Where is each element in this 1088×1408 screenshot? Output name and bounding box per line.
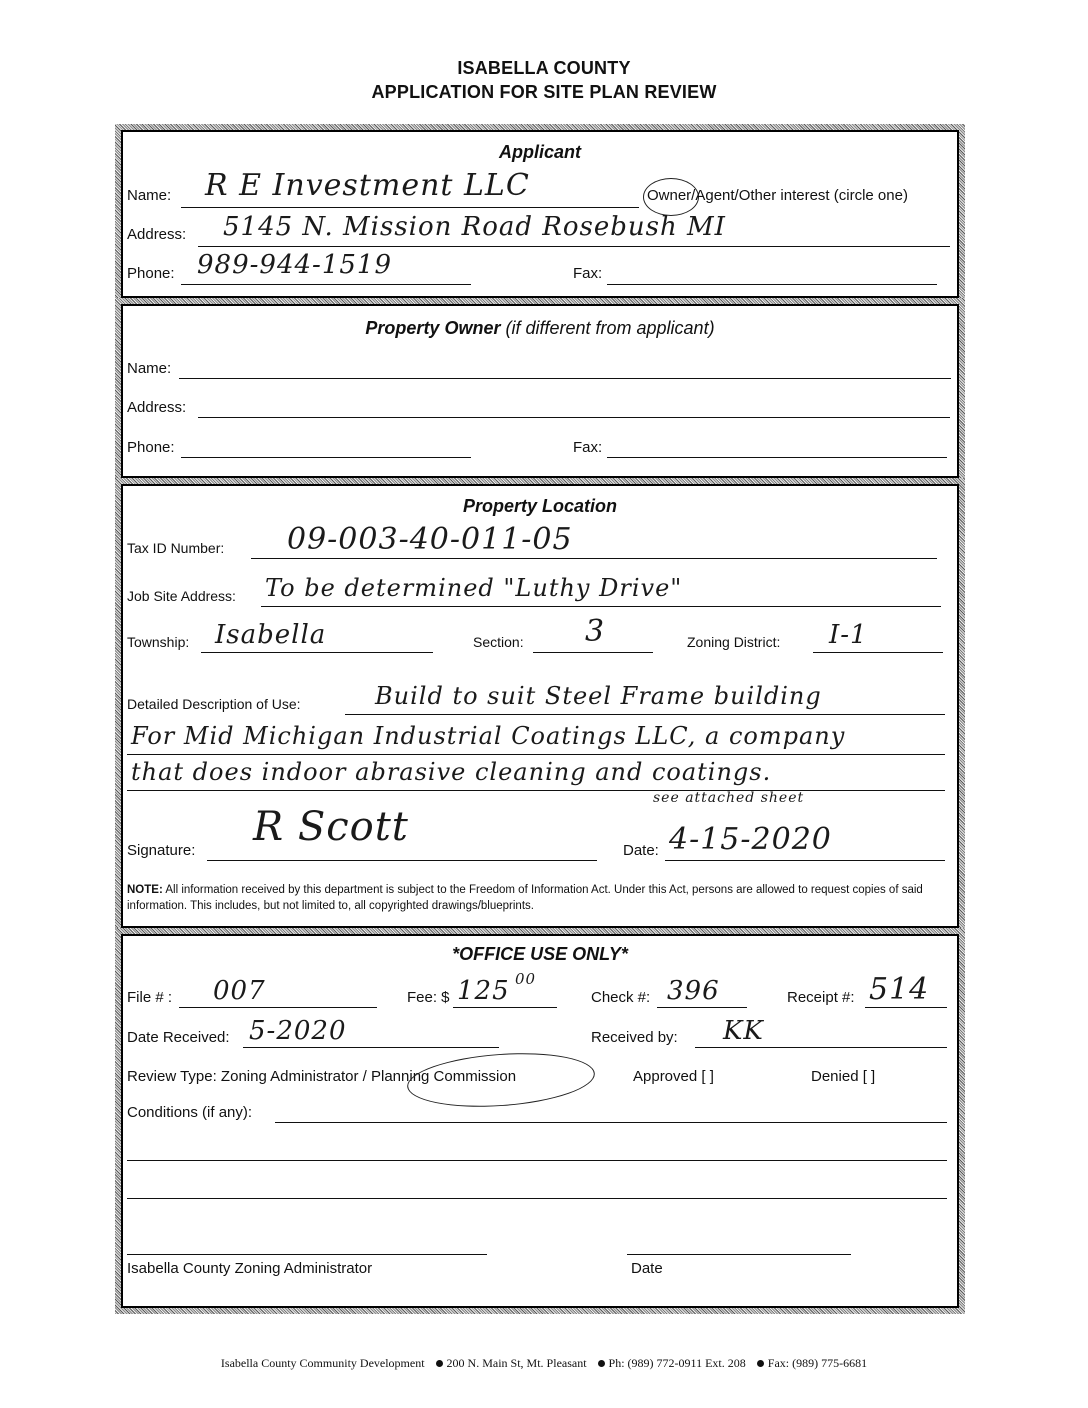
section-field[interactable]: 3 xyxy=(585,614,605,649)
footer-org: Isabella County Community Development xyxy=(221,1356,425,1370)
date-received-field[interactable]: 5-2020 xyxy=(249,1016,347,1046)
file-number-field[interactable]: 007 xyxy=(213,976,266,1006)
applicant-interest-options[interactable]: Owner/Agent/Other interest (circle one) xyxy=(647,187,908,204)
fee-field[interactable]: 125 xyxy=(457,976,510,1006)
township-line xyxy=(201,652,433,653)
admin-date-label: Date xyxy=(631,1260,663,1277)
receipt-number-field[interactable]: 514 xyxy=(869,972,929,1007)
fee-label: Fee: $ xyxy=(407,989,450,1006)
conditions-field-line-2[interactable] xyxy=(127,1160,947,1161)
job-site-label: Job Site Address: xyxy=(127,588,236,604)
date-received-label: Date Received: xyxy=(127,1029,230,1046)
section-line xyxy=(533,652,653,653)
admin-signature-line[interactable] xyxy=(127,1254,487,1255)
check-number-line xyxy=(657,1007,747,1008)
owner-fax-label: Fax: xyxy=(573,439,602,456)
date-label: Date: xyxy=(623,842,659,859)
owner-name-label: Name: xyxy=(127,360,171,377)
planning-commission-circle-mark xyxy=(405,1048,596,1113)
footer-phone: Ph: (989) 772-0911 Ext. 208 xyxy=(609,1356,746,1370)
description-line-1 xyxy=(345,714,945,715)
tax-id-label: Tax ID Number: xyxy=(127,540,224,556)
conditions-label: Conditions (if any): xyxy=(127,1104,252,1121)
job-site-field[interactable]: To be determined "Luthy Drive" xyxy=(265,574,682,602)
applicant-name-line xyxy=(181,207,639,208)
fee-line xyxy=(453,1007,557,1008)
page-footer: Isabella County Community Development 20… xyxy=(0,1356,1088,1371)
footer-address: 200 N. Main St, Mt. Pleasant xyxy=(447,1356,587,1370)
property-owner-heading-sub: (if different from applicant) xyxy=(505,318,714,338)
applicant-phone-field[interactable]: 989-944-1519 xyxy=(197,250,392,280)
signature-label: Signature: xyxy=(127,842,195,859)
date-received-line xyxy=(243,1047,499,1048)
conditions-field-line-1[interactable] xyxy=(275,1122,947,1123)
receipt-number-line xyxy=(865,1007,947,1008)
form-county-title: ISABELLA COUNTY xyxy=(0,58,1088,79)
note-text: All information received by this departm… xyxy=(127,884,923,912)
property-owner-heading-text: Property Owner xyxy=(365,318,500,338)
property-location-section: Property Location Tax ID Number: 09-003-… xyxy=(115,478,965,934)
received-by-field[interactable]: KK xyxy=(723,1016,764,1046)
form-title: APPLICATION FOR SITE PLAN REVIEW xyxy=(0,82,1088,103)
file-number-line xyxy=(179,1007,377,1008)
property-owner-section: Property Owner (if different from applic… xyxy=(115,298,965,484)
admin-signature-label: Isabella County Zoning Administrator xyxy=(127,1260,372,1277)
admin-date-line[interactable] xyxy=(627,1254,851,1255)
description-field-line-3[interactable]: that does indoor abrasive cleaning and c… xyxy=(131,758,771,786)
owner-fax-field[interactable] xyxy=(607,457,947,458)
fee-cents: 00 xyxy=(515,970,536,988)
bullet-icon xyxy=(757,1360,764,1367)
note-bold-label: NOTE: xyxy=(127,884,163,896)
footer-fax: Fax: (989) 775-6681 xyxy=(768,1356,867,1370)
description-field-line-1[interactable]: Build to suit Steel Frame building xyxy=(375,682,822,710)
bullet-icon xyxy=(436,1360,443,1367)
applicant-name-label: Name: xyxy=(127,187,171,204)
property-location-heading: Property Location xyxy=(123,496,957,517)
file-number-label: File # : xyxy=(127,989,172,1006)
conditions-field-line-3[interactable] xyxy=(127,1198,947,1199)
check-number-field[interactable]: 396 xyxy=(667,976,720,1006)
signature-line xyxy=(207,860,597,861)
applicant-heading: Applicant xyxy=(123,142,957,163)
applicant-address-field[interactable]: 5145 N. Mission Road Rosebush MI xyxy=(223,212,726,242)
check-number-label: Check #: xyxy=(591,989,650,1006)
owner-phone-field[interactable] xyxy=(181,457,471,458)
owner-address-field[interactable] xyxy=(198,417,950,418)
date-field[interactable]: 4-15-2020 xyxy=(669,822,832,857)
applicant-fax-field[interactable] xyxy=(607,284,937,285)
applicant-phone-line xyxy=(181,284,471,285)
tax-id-line xyxy=(251,558,937,559)
applicant-fax-label: Fax: xyxy=(573,265,602,282)
tax-id-field[interactable]: 09-003-40-011-05 xyxy=(287,522,573,557)
township-label: Township: xyxy=(127,634,189,650)
township-field[interactable]: Isabella xyxy=(215,620,326,650)
property-owner-heading: Property Owner (if different from applic… xyxy=(123,318,957,339)
description-note: see attached sheet xyxy=(653,790,804,806)
denied-checkbox[interactable]: Denied [ ] xyxy=(811,1068,875,1085)
description-label: Detailed Description of Use: xyxy=(127,696,301,712)
job-site-line xyxy=(261,606,941,607)
office-use-section: *OFFICE USE ONLY* File # : 007 Fee: $ 12… xyxy=(115,928,965,1314)
owner-address-label: Address: xyxy=(127,399,186,416)
zoning-district-label: Zoning District: xyxy=(687,634,780,650)
owner-name-field[interactable] xyxy=(179,378,951,379)
applicant-address-label: Address: xyxy=(127,226,186,243)
office-use-heading: *OFFICE USE ONLY* xyxy=(123,944,957,965)
applicant-section: Applicant Name: R E Investment LLC Owner… xyxy=(115,124,965,304)
zoning-district-line xyxy=(813,652,943,653)
receipt-number-label: Receipt #: xyxy=(787,989,855,1006)
bullet-icon xyxy=(598,1360,605,1367)
applicant-address-line xyxy=(198,246,950,247)
applicant-name-field[interactable]: R E Investment LLC xyxy=(205,168,530,203)
section-label: Section: xyxy=(473,634,524,650)
date-line xyxy=(665,860,945,861)
received-by-line xyxy=(695,1047,947,1048)
description-line-2 xyxy=(127,754,945,755)
owner-phone-label: Phone: xyxy=(127,439,175,456)
description-field-line-2[interactable]: For Mid Michigan Industrial Coatings LLC… xyxy=(131,722,845,750)
zoning-district-field[interactable]: I-1 xyxy=(829,620,868,650)
foia-note: NOTE: All information received by this d… xyxy=(127,882,953,914)
applicant-phone-label: Phone: xyxy=(127,265,175,282)
description-line-3 xyxy=(127,790,945,791)
received-by-label: Received by: xyxy=(591,1029,678,1046)
signature-field[interactable]: R Scott xyxy=(253,804,409,850)
approved-checkbox[interactable]: Approved [ ] xyxy=(633,1068,714,1085)
